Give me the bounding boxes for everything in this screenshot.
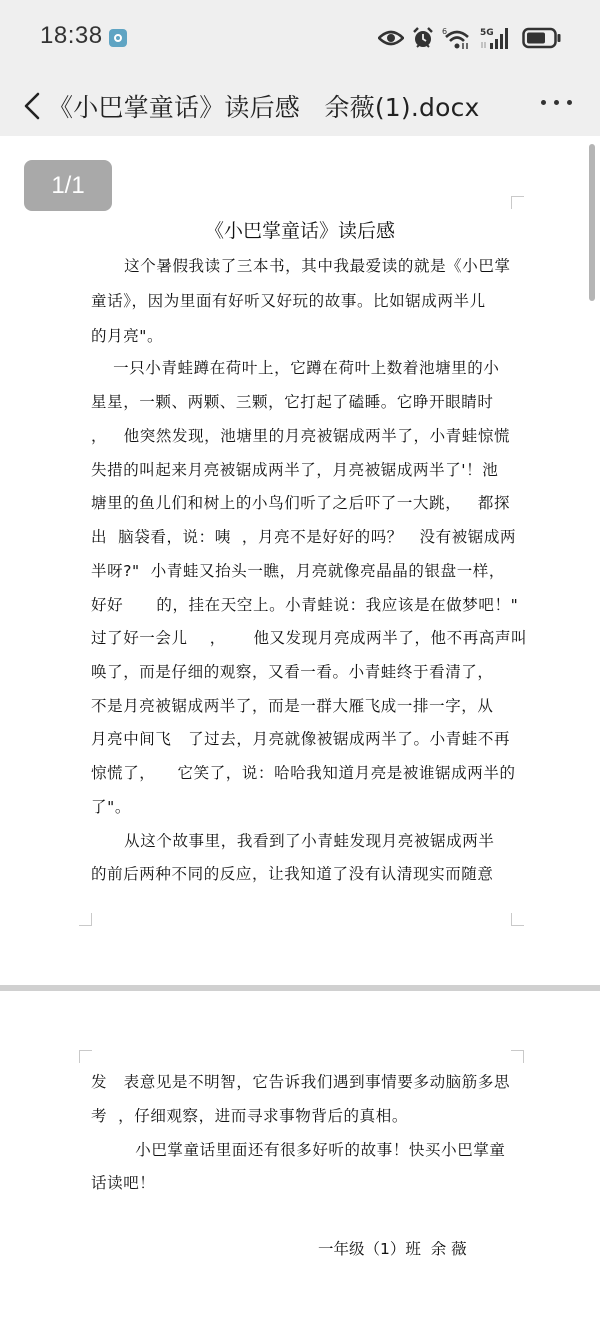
eye-icon [378,29,404,47]
back-button[interactable] [18,86,46,126]
paragraph-line: 惊慌了， 它笑了，说：哈哈我知道月亮是被谁锯成两半的 [91,761,511,783]
paragraph-line: 出 脑袋看，说：咦 ，月亮不是好好的吗？ 没有被锯成两 [91,525,511,547]
5g-signal-icon: 5G [480,26,514,50]
document-heading: 《小巴掌童话》读后感 [0,216,600,243]
wifi-6-icon: 6 [442,26,472,50]
paragraph-line: 星星，一颗、两颗、三颗，它打起了磕睡。它睁开眼睛时 [91,390,511,412]
paragraph-line: 失措的叫起来月亮被锯成两半了，月亮被锯成两半了'！池 [91,458,511,480]
svg-text:6: 6 [442,27,447,36]
paragraph-line: 童话》，因为里面有好听又好玩的故事。比如锯成两半儿 [91,289,511,311]
page-separator [0,985,600,991]
paragraph-line: 塘里的鱼儿们和树上的小鸟们听了之后吓了一大跳， 都探 [91,491,511,513]
page-indicator: 1/1 [24,160,112,211]
paragraph-line: 考 ，仔细观察，进而寻求事物背后的真相。 [91,1104,511,1126]
battery-icon [522,27,562,49]
status-icons: 6 5G [378,24,562,52]
app-header: 《小巴掌童话》读后感 余薇(1).docx [0,76,600,136]
paragraph-line: 月亮中间飞 了过去，月亮就像被锯成两半了。小青蛙不再 [91,727,511,749]
paragraph-line: 一只小青蛙蹲在荷叶上，它蹲在荷叶上数着池塘里的小 [91,356,511,378]
page-margin-corner [511,913,524,926]
paragraph-line: 的月亮"。 [91,324,511,346]
paragraph-line: 这个暑假我读了三本书，其中我最爱读的就是《小巴掌 [91,254,511,276]
paragraph-line: 话读吧！ [91,1171,511,1193]
more-dot [554,100,559,105]
signature: 一年级（1）班 余 薇 [318,1237,467,1259]
status-time: 18:38 [40,22,103,50]
paragraph-line: ， 他突然发现，池塘里的月亮被锯成两半了，小青蛙惊慌 [91,424,511,446]
document-viewer[interactable]: 1/1 《小巴掌童话》读后感 这个暑假我读了三本书，其中我最爱读的就是《小巴掌 … [0,136,600,1326]
status-bar: 18:38 6 5G [0,0,600,76]
paragraph-line: 从这个故事里，我看到了小青蛙发现月亮被锯成两半 [91,829,511,851]
svg-text:5G: 5G [480,28,494,38]
paragraph-line: 不是月亮被锯成两半了，而是一群大雁飞成一排一字，从 [91,694,511,716]
document-title: 《小巴掌童话》读后感 余薇(1).docx [48,88,480,124]
alarm-icon [412,27,434,49]
paragraph-line: 过了好一会儿 ， 他又发现月亮成两半了，他不再高声叫 [91,626,511,648]
paragraph-line: 的前后两种不同的反应，让我知道了没有认清现实而随意 [91,862,511,884]
more-options-button[interactable] [541,100,572,105]
page-margin-corner [79,913,92,926]
paragraph-line: 小巴掌童话里面还有很多好听的故事！快买小巴掌童 [91,1138,511,1160]
paragraph-line: 唤了，而是仔细的观察，又看一看。小青蛙终于看清了， [91,660,511,682]
more-dots-icon [541,100,546,105]
more-dot [567,100,572,105]
app-notification-icon [109,29,127,47]
page-margin-corner [79,1050,92,1063]
page-margin-corner [511,196,524,209]
paragraph-line: 好好 的，挂在天空上。小青蛙说：我应该是在做梦吧！" [91,593,511,615]
chevron-left-icon [18,86,46,126]
paragraph-line: 半呀?" 小青蛙又抬头一瞧，月亮就像亮晶晶的银盘一样， [91,559,511,581]
paragraph-line: 了"。 [91,795,511,817]
paragraph-line: 发 表意见是不明智，它告诉我们遇到事情要多动脑筋多思 [91,1070,511,1092]
page-margin-corner [511,1050,524,1063]
